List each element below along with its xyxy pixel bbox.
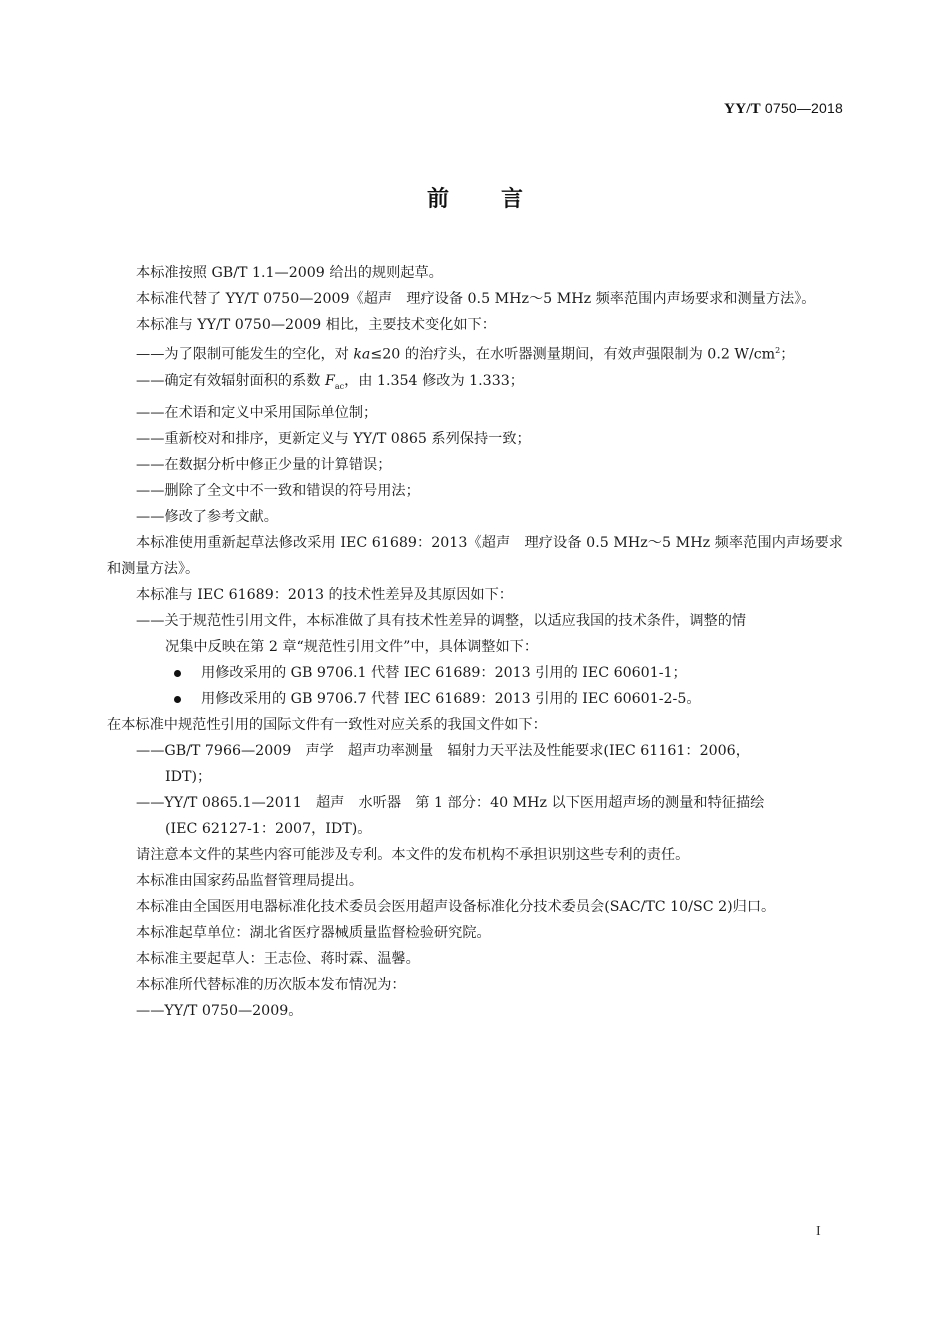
change-text: ≤20 的治疗头，在水听器测量期间，有效声强限制为 0.2 W/cm [370,347,775,363]
page-title: 前言 [0,182,950,213]
paragraph-proposed-by: 本标准由国家药品监督管理局提出。 [107,868,843,894]
standard-prefix: YY/T [724,101,761,117]
page-number: I [816,1224,821,1240]
bullet-item: 用修改采用的 GB 9706.1 代替 IEC 61689：2013 引用的 I… [107,660,843,686]
bullet-icon [174,696,181,703]
change-item-reorder: ——重新校对和排序，更新定义与 YY/T 0865 系列保持一致； [107,426,843,452]
standard-code: YY/T 0750—2018 [724,100,843,118]
paragraph-differences-intro: 本标准与 IEC 61689：2013 的技术性差异及其原因如下： [107,582,843,608]
change-item-calc-errors: ——在数据分析中修正少量的计算错误； [107,452,843,478]
change-item-fac: ——确定有效辐射面积的系数 Fac，由 1.354 修改为 1.333； [107,368,843,400]
math-ka: ka [353,347,370,363]
reference-line: ——GB/T 7966—2009 声学 超声功率测量 辐射力天平法及性能要求(I… [136,743,750,759]
standard-number: 0750—2018 [765,100,843,116]
change-item-references: ——修改了参考文献。 [107,504,843,530]
paragraph-drafting-rules: 本标准按照 GB/T 1.1—2009 给出的规则起草。 [107,260,843,286]
change-item-symbols: ——删除了全文中不一致和错误的符号用法； [107,478,843,504]
paragraph-centralized-by: 本标准由全国医用电器标准化技术委员会医用超声设备标准化分技术委员会(SAC/TC… [107,894,843,920]
reference-line: (IEC 62127-1：2007，IDT)。 [136,816,843,842]
reference-line: ——YY/T 0865.1—2011 超声 水听器 第 1 部分：40 MHz … [136,795,764,811]
paragraph-corresponding-docs: 在本标准中规范性引用的国际文件有一致性对应关系的我国文件如下： [107,712,843,738]
change-text: ——确定有效辐射面积的系数 [136,373,325,389]
paragraph-drafting-unit: 本标准起草单位：湖北省医疗器械质量监督检验研究院。 [107,920,843,946]
difference-line: ——关于规范性引用文件，本标准做了具有技术性差异的调整，以适应我国的技术条件，调… [136,613,746,629]
math-f: F [325,373,335,389]
change-text: ——为了限制可能发生的空化，对 [136,347,353,363]
bullet-text: 用修改采用的 GB 9706.7 代替 IEC 61689：2013 引用的 I… [173,691,701,707]
change-item-si-units: ——在术语和定义中采用国际单位制； [107,400,843,426]
bullet-icon [174,670,181,677]
paragraph-adoption: 本标准使用重新起草法修改采用 IEC 61689：2013《超声 理疗设备 0.… [107,530,843,582]
change-item-cavitation: ——为了限制可能发生的空化，对 ka≤20 的治疗头，在水听器测量期间，有效声强… [107,338,843,368]
paragraph-patent-notice: 请注意本文件的某些内容可能涉及专利。本文件的发布机构不承担识别这些专利的责任。 [107,842,843,868]
bullet-text: 用修改采用的 GB 9706.1 代替 IEC 61689：2013 引用的 I… [173,665,687,681]
reference-item-gbt7966: ——GB/T 7966—2009 声学 超声功率测量 辐射力天平法及性能要求(I… [107,738,843,790]
paragraph-changes-intro: 本标准与 YY/T 0750—2009 相比，主要技术变化如下： [107,312,843,338]
reference-item-yyt0865: ——YY/T 0865.1—2011 超声 水听器 第 1 部分：40 MHz … [107,790,843,842]
difference-line: 况集中反映在第 2 章“规范性引用文件”中，具体调整如下： [136,634,843,660]
history-item: ——YY/T 0750—2009。 [107,998,843,1024]
paragraph-history-intro: 本标准所代替标准的历次版本发布情况为： [107,972,843,998]
paragraph-replaces: 本标准代替了 YY/T 0750—2009《超声 理疗设备 0.5 MHz～5 … [107,286,843,312]
subscript: ac [335,382,344,391]
bullet-item: 用修改采用的 GB 9706.7 代替 IEC 61689：2013 引用的 I… [107,686,843,712]
change-text: ； [780,347,794,363]
difference-item: ——关于规范性引用文件，本标准做了具有技术性差异的调整，以适应我国的技术条件，调… [107,608,843,660]
foreword-body: 本标准按照 GB/T 1.1—2009 给出的规则起草。 本标准代替了 YY/T… [107,260,843,1024]
paragraph-drafters: 本标准主要起草人：王志俭、蒋时霖、温馨。 [107,946,843,972]
reference-line: IDT)； [136,764,843,790]
change-text: ，由 1.354 修改为 1.333； [344,373,524,389]
